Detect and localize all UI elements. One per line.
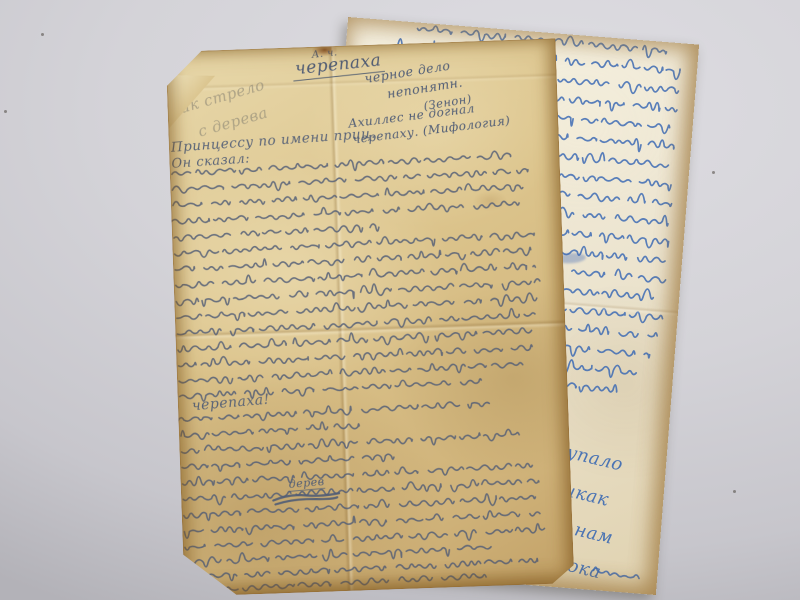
handwriting-line — [181, 421, 360, 440]
handwriting-line — [182, 454, 394, 473]
dust-speck — [712, 171, 715, 174]
handwriting-line — [175, 261, 535, 288]
photograph: упало никак ло нам и пока А. ч. черепаха… — [0, 0, 800, 600]
handwriting-line — [177, 308, 535, 338]
handwriting-line — [186, 573, 486, 593]
dust-speck — [4, 110, 7, 113]
handwriting-line — [173, 182, 523, 207]
handwriting-line — [182, 463, 532, 487]
handwriting-line — [176, 278, 540, 307]
handwriting-line — [185, 544, 491, 568]
handwriting-line — [183, 477, 539, 505]
left-manuscript-page: А. ч. черепаха как стрело с дерева черно… — [166, 38, 575, 596]
handwriting-line — [174, 224, 379, 241]
handwriting-line — [171, 200, 519, 224]
dust-speck — [41, 33, 44, 36]
dust-speck — [733, 490, 736, 493]
handwriting-line — [184, 509, 540, 538]
